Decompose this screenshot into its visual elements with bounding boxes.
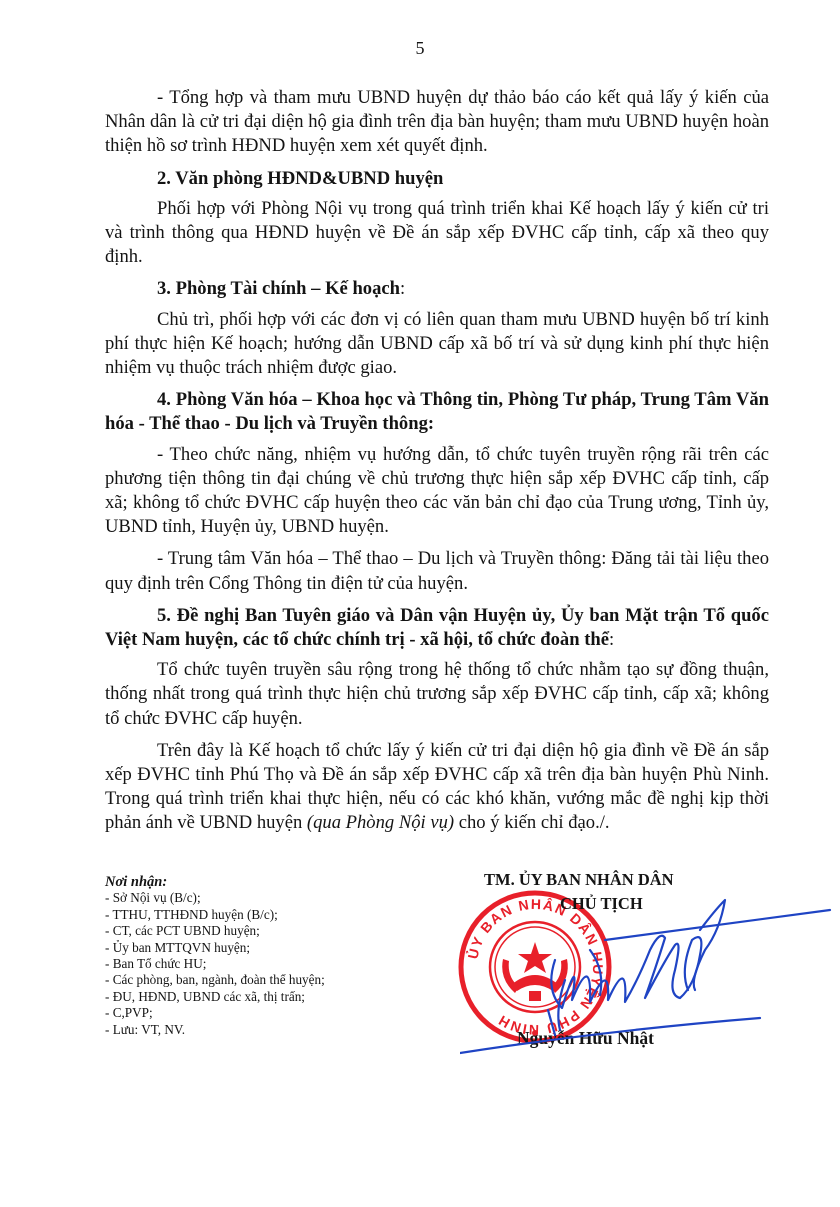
recipient-item: - C,PVP; xyxy=(105,1005,325,1021)
body-paragraph: Tổ chức tuyên truyền sâu rộng trong hệ t… xyxy=(105,658,769,731)
section-heading: 5. Đề nghị Ban Tuyên giáo và Dân vận Huy… xyxy=(105,604,769,652)
body-paragraph: - Theo chức năng, nhiệm vụ hướng dẫn, tổ… xyxy=(105,443,769,540)
signature-organization: TM. ỦY BAN NHÂN DÂN xyxy=(484,870,674,890)
recipients-title: Nơi nhận: xyxy=(105,874,325,890)
body-paragraph: Phối hợp với Phòng Nội vụ trong quá trìn… xyxy=(105,197,769,270)
recipient-item: - CT, các PCT UBND huyện; xyxy=(105,923,325,939)
body-paragraph: - Trung tâm Văn hóa – Thể thao – Du lịch… xyxy=(105,547,769,595)
section-heading-text: 5. Đề nghị Ban Tuyên giáo và Dân vận Huy… xyxy=(105,605,769,650)
closing-paragraph: Trên đây là Kế hoạch tổ chức lấy ý kiến … xyxy=(105,739,769,836)
recipients-block: Nơi nhận: - Sở Nội vụ (B/c);- TTHU, TTHĐ… xyxy=(105,874,325,1038)
closing-text-italic: (qua Phòng Nội vụ) xyxy=(307,812,454,833)
section-heading: 3. Phòng Tài chính – Kế hoạch: xyxy=(105,277,769,301)
recipient-item: - Các phòng, ban, ngành, đoàn thể huyện; xyxy=(105,972,325,988)
section-heading: 4. Phòng Văn hóa – Khoa học và Thông tin… xyxy=(105,388,769,436)
recipient-item: - TTHU, TTHĐND huyện (B/c); xyxy=(105,907,325,923)
recipient-item: - Sở Nội vụ (B/c); xyxy=(105,890,325,906)
recipient-item: - Lưu: VT, NV. xyxy=(105,1022,325,1038)
recipient-item: - ĐU, HĐND, UBND các xã, thị trấn; xyxy=(105,989,325,1005)
recipient-item: - Ủy ban MTTQVN huyện; xyxy=(105,940,325,956)
section-heading: 2. Văn phòng HĐND&UBND huyện xyxy=(105,167,769,191)
page-number: 5 xyxy=(0,38,840,59)
section-heading-text: 2. Văn phòng HĐND&UBND huyện xyxy=(157,168,443,189)
body-paragraph: Chủ trì, phối hợp với các đơn vị có liên… xyxy=(105,308,769,381)
handwritten-signature xyxy=(460,890,840,1060)
recipients-list: - Sở Nội vụ (B/c);- TTHU, TTHĐND huyện (… xyxy=(105,890,325,1038)
section-heading-text: 3. Phòng Tài chính – Kế hoạch xyxy=(157,278,400,299)
section-heading-text: 4. Phòng Văn hóa – Khoa học và Thông tin… xyxy=(105,389,769,434)
section-heading-suffix: : xyxy=(400,278,405,299)
body-paragraph: - Tổng hợp và tham mưu UBND huyện dự thả… xyxy=(105,86,769,159)
recipient-item: - Ban Tổ chức HU; xyxy=(105,956,325,972)
document-body: - Tổng hợp và tham mưu UBND huyện dự thả… xyxy=(105,86,769,844)
section-heading-suffix: : xyxy=(609,629,614,650)
closing-text-after: cho ý kiến chỉ đạo./. xyxy=(454,812,609,833)
